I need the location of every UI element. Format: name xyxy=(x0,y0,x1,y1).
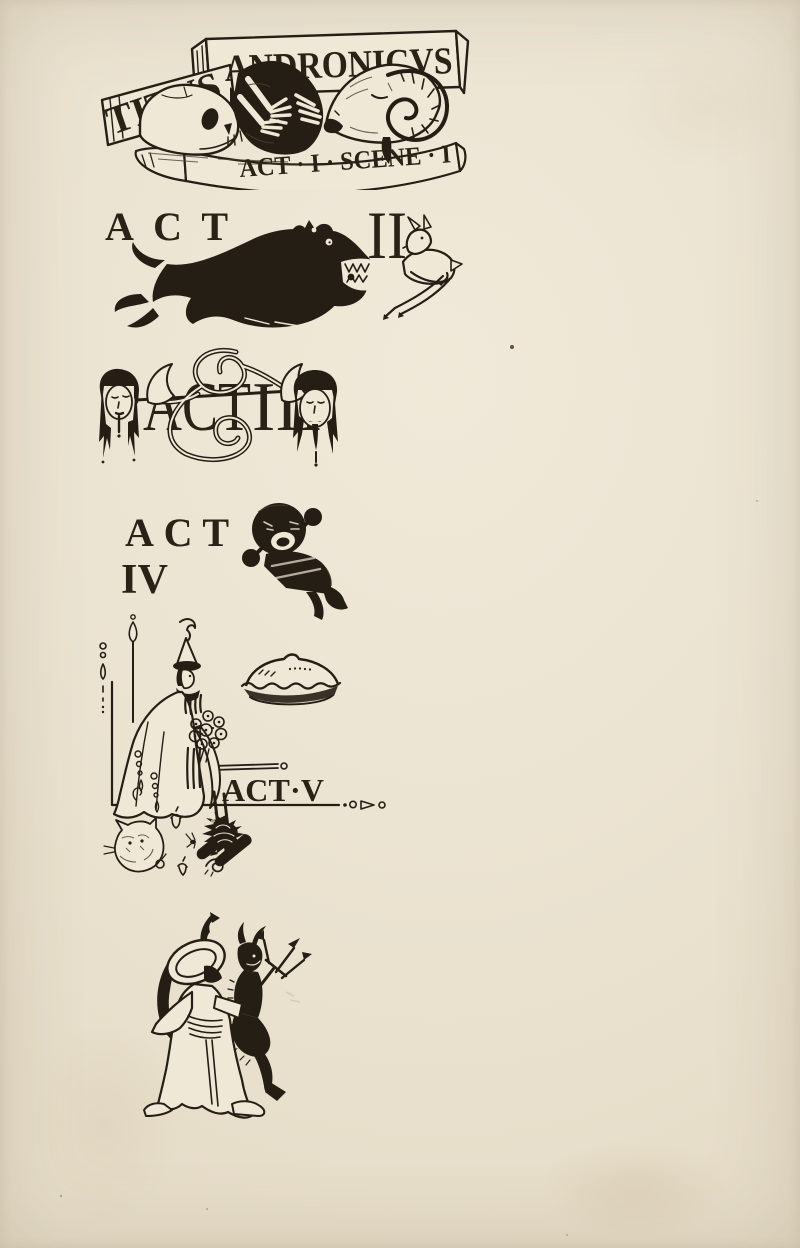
paper-speck xyxy=(566,1234,568,1236)
slipper-front xyxy=(232,1101,264,1116)
act2-numeral-text: II xyxy=(367,198,407,273)
paper-stain xyxy=(620,40,790,170)
paper-speck xyxy=(510,345,514,349)
shelf-rule xyxy=(213,763,287,770)
severed-head-left xyxy=(99,369,139,463)
pencil-smudge xyxy=(286,992,300,1002)
crying-baby-illustration xyxy=(242,503,348,620)
paper-speck xyxy=(756,500,758,502)
staff-ornament xyxy=(129,615,137,722)
act3-illustration: ACT III xyxy=(86,342,381,474)
headpiece-illustration: TITVS ANDRONICVS xyxy=(88,25,472,190)
hat-cone xyxy=(177,638,197,664)
paper-speck xyxy=(60,1195,62,1197)
pie-illustration xyxy=(242,655,340,705)
act4-label-text: ACT xyxy=(125,510,229,555)
act4-numeral-text: IV xyxy=(121,557,168,603)
tailpiece-illustration xyxy=(136,908,321,1126)
paper-stain xyxy=(540,1140,730,1240)
fluffy-cat-illustration xyxy=(104,818,163,872)
act4-illustration: ACT IV xyxy=(116,496,356,624)
act2-illustration: ACT II xyxy=(93,198,468,338)
border-ornaments-left xyxy=(100,643,106,713)
act5-label-text: ACT·V xyxy=(222,772,324,808)
scanned-plate-page: TITVS ANDRONICVS xyxy=(0,0,800,1248)
paper-speck xyxy=(206,1208,208,1210)
act5-illustration: ACT·V xyxy=(92,612,392,892)
severed-head-right xyxy=(293,370,338,467)
act2-label-text: ACT xyxy=(105,204,228,249)
hat-plume xyxy=(180,619,195,642)
